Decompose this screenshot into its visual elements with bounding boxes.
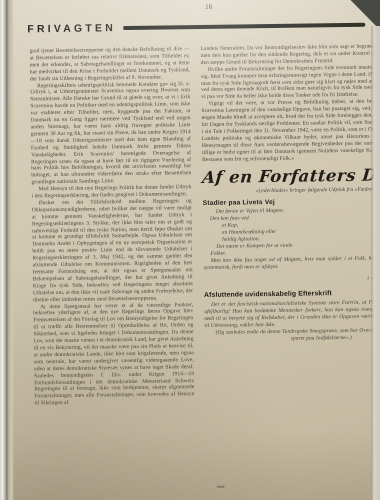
paragraph: Regeringsskiftets udenrigspolitisk beton… bbox=[30, 81, 191, 187]
text-columns: grad tjener Besættelsestropperne og den … bbox=[30, 44, 371, 408]
paper-page: 16 FRIVAGTEN grad tjener Besættelsestrop… bbox=[5, 0, 380, 500]
paragraph: Ønsket om det Tillidsforhold mellem Rege… bbox=[32, 198, 193, 304]
epilogue-heading: Afsluttende uvidenskabelig Efterskrift bbox=[204, 288, 380, 300]
feature-intro: »Lederbladet« bringer følgende Udpluk fr… bbox=[203, 186, 380, 196]
page-number: 16 bbox=[205, 2, 213, 11]
closing-note: (Og saaledes endte da denne Tandrupske S… bbox=[205, 327, 380, 344]
right-column: Landets Neutralitet. Da vor Bemyndigelse… bbox=[201, 43, 380, 405]
paragraph: Vigtigt vil det være, at vor Presse og B… bbox=[201, 98, 380, 163]
paragraph: Hvilke andre Foranstaltninger der fra Re… bbox=[201, 63, 380, 101]
feature-script-title: Af en Forfatters Dagbog bbox=[201, 165, 380, 188]
paragraph: Landets Neutralitet. Da vor Bemyndigelse… bbox=[201, 43, 380, 67]
page-content: 16 FRIVAGTEN grad tjener Besættelsestrop… bbox=[3, 0, 380, 500]
epilogue-text: Det er det fascistisk-nationalsocialisti… bbox=[204, 299, 380, 330]
masthead-rule bbox=[123, 23, 365, 30]
binding-crease bbox=[0, 0, 14, 500]
ink-smudge bbox=[217, 486, 225, 488]
masthead-title: FRIVAGTEN bbox=[27, 22, 116, 35]
page-edge-right bbox=[371, 26, 380, 500]
paragraph: grad tjener Besættelsestropperne og den … bbox=[30, 46, 190, 83]
masthead: FRIVAGTEN bbox=[27, 19, 365, 36]
paragraph: At dette Spørgsmaal har været et af de v… bbox=[33, 302, 194, 408]
scanned-page-photo: 16 FRIVAGTEN grad tjener Besættelsestrop… bbox=[0, 0, 380, 500]
left-column: grad tjener Besættelsestropperne og den … bbox=[30, 46, 195, 407]
